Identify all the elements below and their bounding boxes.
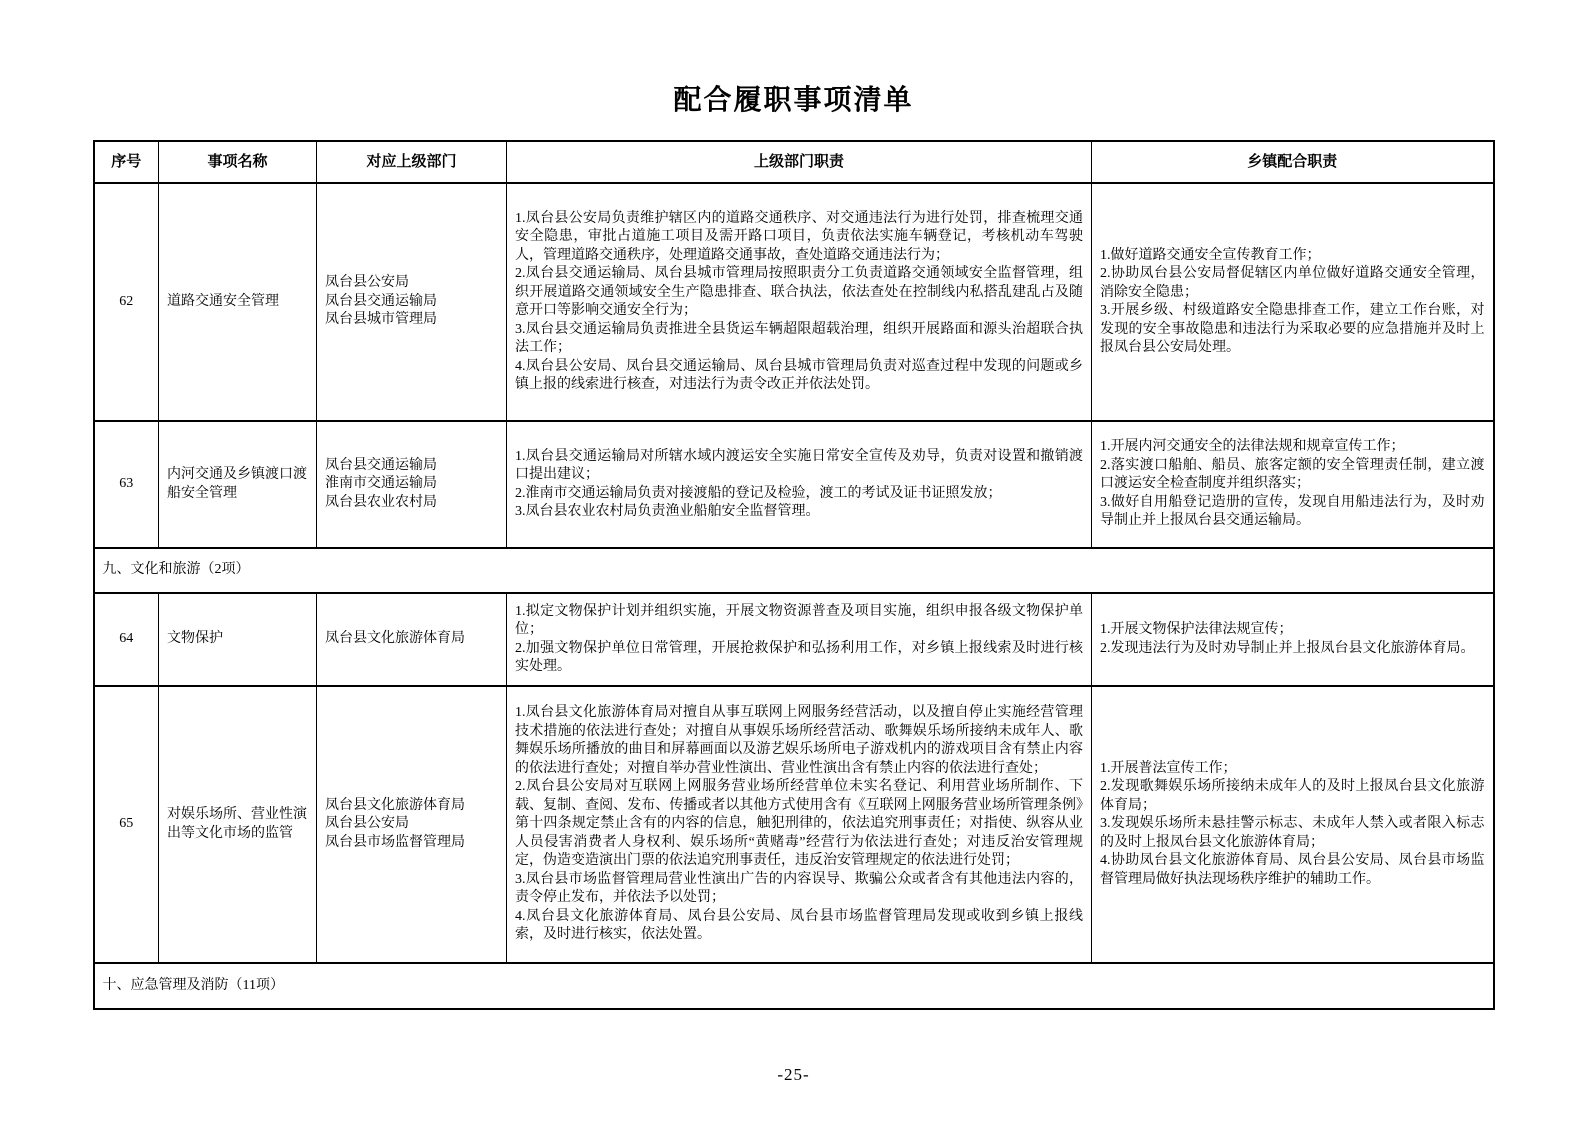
duty-list-table: 序号 事项名称 对应上级部门 上级部门职责 乡镇配合职责 62 道路交通安全管理… bbox=[93, 140, 1495, 1010]
departments-cell: 凤台县公安局 凤台县交通运输局 凤台县城市管理局 bbox=[317, 183, 507, 421]
serial-number-cell: 62 bbox=[94, 183, 159, 421]
table-header-row: 序号 事项名称 对应上级部门 上级部门职责 乡镇配合职责 bbox=[94, 141, 1494, 183]
departments-cell: 凤台县文化旅游体育局 bbox=[317, 593, 507, 686]
superior-duties-cell: 1.凤台县公安局负责维护辖区内的道路交通秩序、对交通违法行为进行处罚，排查梳理交… bbox=[507, 183, 1092, 421]
document-page: 配合履职事项清单 序号 事项名称 对应上级部门 上级部门职责 乡镇配合职责 62… bbox=[0, 0, 1587, 1122]
serial-number-cell: 64 bbox=[94, 593, 159, 686]
table-row: 64 文物保护 凤台县文化旅游体育局 1.拟定文物保护计划并组织实施，开展文物资… bbox=[94, 593, 1494, 686]
table-row: 63 内河交通及乡镇渡口渡船安全管理 凤台县交通运输局 淮南市交通运输局 凤台县… bbox=[94, 421, 1494, 548]
superior-duties-cell: 1.凤台县交通运输局对所辖水域内渡运安全实施日常安全宣传及劝导，负责对设置和撤销… bbox=[507, 421, 1092, 548]
serial-number-cell: 63 bbox=[94, 421, 159, 548]
section-header-label: 九、文化和旅游（2项） bbox=[94, 548, 1494, 593]
header-township-duties: 乡镇配合职责 bbox=[1092, 141, 1494, 183]
item-name-cell: 对娱乐场所、营业性演出等文化市场的监管 bbox=[159, 686, 317, 963]
departments-cell: 凤台县交通运输局 淮南市交通运输局 凤台县农业农村局 bbox=[317, 421, 507, 548]
section-header-label: 十、应急管理及消防（11项） bbox=[94, 963, 1494, 1009]
township-duties-cell: 1.做好道路交通安全宣传教育工作； 2.协助凤台县公安局督促辖区内单位做好道路交… bbox=[1092, 183, 1494, 421]
superior-duties-cell: 1.凤台县文化旅游体育局对擅自从事互联网上网服务经营活动，以及擅自停止实施经营管… bbox=[507, 686, 1092, 963]
item-name-cell: 道路交通安全管理 bbox=[159, 183, 317, 421]
departments-cell: 凤台县文化旅游体育局 凤台县公安局 凤台县市场监督管理局 bbox=[317, 686, 507, 963]
section-header-row: 十、应急管理及消防（11项） bbox=[94, 963, 1494, 1009]
page-title: 配合履职事项清单 bbox=[0, 0, 1587, 118]
table-row: 65 对娱乐场所、营业性演出等文化市场的监管 凤台县文化旅游体育局 凤台县公安局… bbox=[94, 686, 1494, 963]
section-header-row: 九、文化和旅游（2项） bbox=[94, 548, 1494, 593]
header-superior-department: 对应上级部门 bbox=[317, 141, 507, 183]
page-number: -25- bbox=[0, 1065, 1587, 1085]
township-duties-cell: 1.开展文物保护法律法规宣传； 2.发现违法行为及时劝导制止并上报凤台县文化旅游… bbox=[1092, 593, 1494, 686]
table-row: 62 道路交通安全管理 凤台县公安局 凤台县交通运输局 凤台县城市管理局 1.凤… bbox=[94, 183, 1494, 421]
serial-number-cell: 65 bbox=[94, 686, 159, 963]
header-item-name: 事项名称 bbox=[159, 141, 317, 183]
header-superior-duties: 上级部门职责 bbox=[507, 141, 1092, 183]
header-serial-number: 序号 bbox=[94, 141, 159, 183]
township-duties-cell: 1.开展内河交通安全的法律法规和规章宣传工作； 2.落实渡口船舶、船员、旅客定额… bbox=[1092, 421, 1494, 548]
item-name-cell: 内河交通及乡镇渡口渡船安全管理 bbox=[159, 421, 317, 548]
township-duties-cell: 1.开展普法宣传工作； 2.发现歌舞娱乐场所接纳未成年人的及时上报凤台县文化旅游… bbox=[1092, 686, 1494, 963]
item-name-cell: 文物保护 bbox=[159, 593, 317, 686]
superior-duties-cell: 1.拟定文物保护计划并组织实施，开展文物资源普查及项目实施，组织申报各级文物保护… bbox=[507, 593, 1092, 686]
